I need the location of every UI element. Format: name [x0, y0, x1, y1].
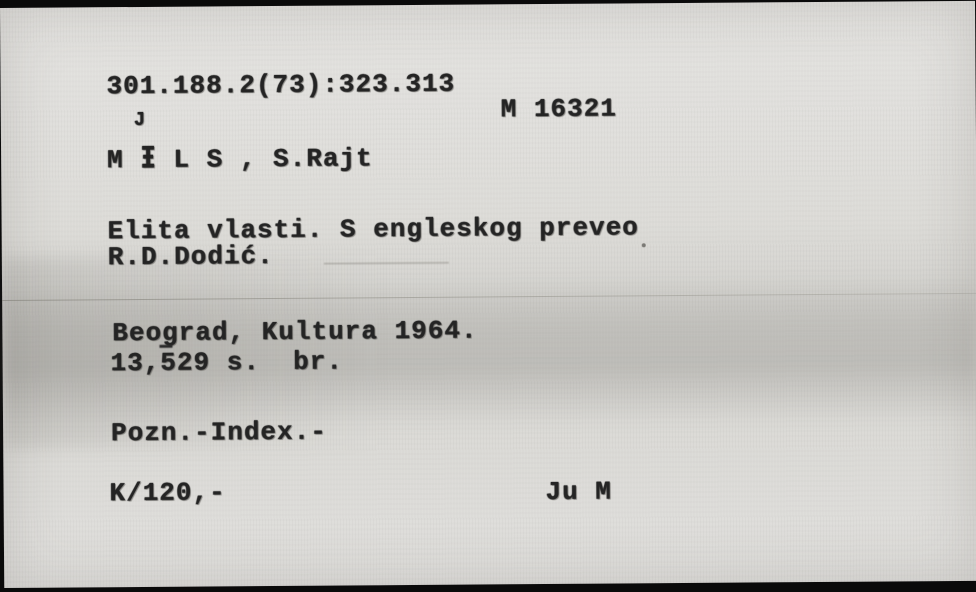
- correction-mark: J: [134, 111, 147, 130]
- author-rest: L S , S.Rajt: [157, 143, 373, 175]
- collation-line: 13,529 s. br.: [111, 348, 344, 376]
- title-statement: Elita vlasti. S engleskog preveo: [108, 214, 639, 244]
- index-card: 301.188.2(73):323.313 M 16321 J M Ɨ L S …: [0, 1, 976, 588]
- faint-underline: [324, 262, 449, 265]
- author-prefix: M: [107, 145, 140, 175]
- author-overstruck-char: Ɨ: [140, 142, 157, 175]
- imprint-line: Beograd, Kultura 1964.: [112, 318, 477, 347]
- accession-number: M 16321: [501, 95, 617, 122]
- typewritten-text-layer: 301.188.2(73):323.313 M 16321 J M Ɨ L S …: [0, 1, 976, 588]
- paper-speck: [642, 243, 646, 247]
- translator-line: R.D.Dodić.: [108, 243, 274, 270]
- author-line: M Ɨ L S , S.Rajt: [107, 145, 373, 173]
- notes-line: Pozn.-Index.-: [111, 419, 327, 447]
- location-mark: Ju M: [545, 479, 612, 505]
- overstrike-macron: [159, 345, 172, 348]
- classification-number: 301.188.2(73):323.313: [106, 71, 455, 100]
- price-line: K/120,-: [109, 479, 225, 506]
- scanned-catalog-card: 301.188.2(73):323.313 M 16321 J M Ɨ L S …: [0, 0, 976, 592]
